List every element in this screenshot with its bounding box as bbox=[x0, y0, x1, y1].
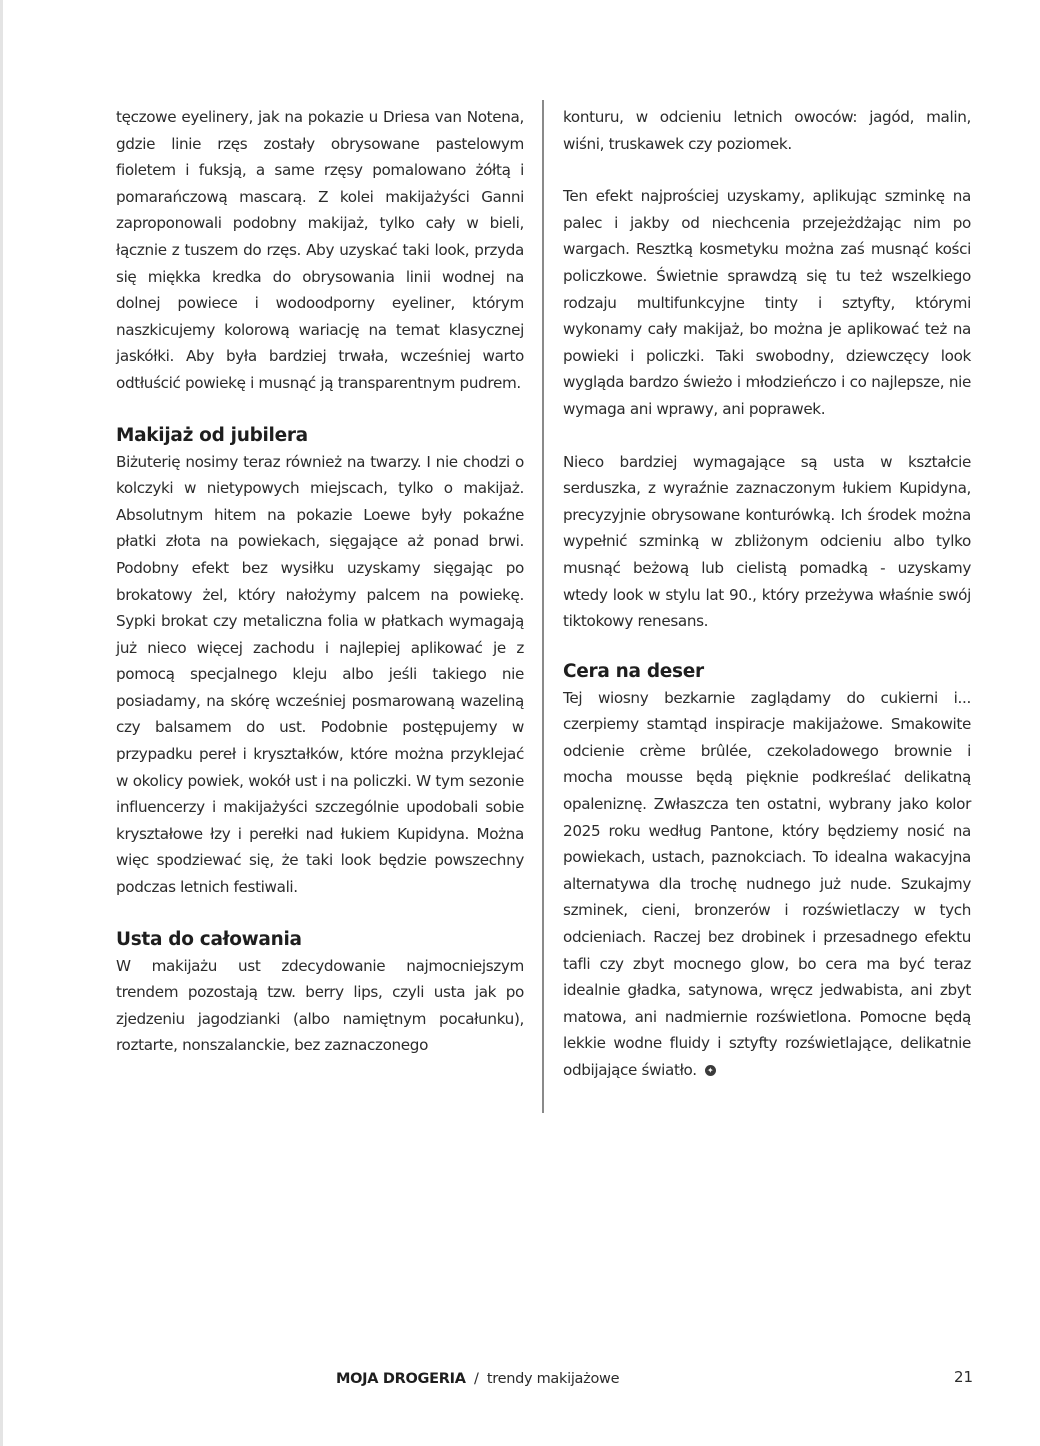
section-heading-cera: Cera na deser bbox=[563, 659, 971, 685]
intro-paragraph: tęczowe eyelinery, jak na pokazie u Drie… bbox=[116, 104, 524, 397]
section-cera-na-deser: Cera na deser Tej wiosny bezkarnie zaglą… bbox=[563, 659, 971, 1084]
section-makijaz-od-jubilera: Makijaż od jubilera Biżuterię nosimy ter… bbox=[116, 423, 524, 901]
section-heading-jubiler: Makijaż od jubilera bbox=[116, 423, 524, 449]
section-usta-do-calowania: Usta do całowania W makijażu ust zdecydo… bbox=[116, 927, 524, 1059]
section-heading-usta: Usta do całowania bbox=[116, 927, 524, 953]
article-right-column: konturu, w odcieniu letnich owoców: jagó… bbox=[563, 104, 971, 1084]
paragraph-heart-lips: Nieco bardziej wymagające są usta w kszt… bbox=[563, 449, 971, 635]
column-divider bbox=[542, 100, 544, 1113]
section-body-usta: W makijażu ust zdecydowanie najmocniejsz… bbox=[116, 953, 524, 1059]
section-body-jubiler: Biżuterię nosimy teraz również na twarzy… bbox=[116, 449, 524, 901]
paragraph-tint-lips: Ten efekt najprościej uzyskamy, aplikują… bbox=[563, 183, 971, 422]
page-edge-shadow bbox=[0, 0, 3, 1446]
end-of-article-icon: ✦ bbox=[705, 1065, 716, 1076]
continuation-paragraph: konturu, w odcieniu letnich owoców: jagó… bbox=[563, 104, 971, 157]
page-footer: MOJA DROGERIA / trendy makijażowe bbox=[336, 1371, 619, 1387]
article-left-column: tęczowe eyelinery, jak na pokazie u Drie… bbox=[116, 104, 524, 1059]
page-number: 21 bbox=[954, 1368, 973, 1386]
footer-section: trendy makijażowe bbox=[487, 1371, 619, 1387]
footer-brand: MOJA DROGERIA bbox=[336, 1371, 466, 1387]
footer-separator: / bbox=[474, 1371, 479, 1387]
section-body-cera: Tej wiosny bezkarnie zaglądamy do cukier… bbox=[563, 685, 971, 1084]
section-body-cera-text: Tej wiosny bezkarnie zaglądamy do cukier… bbox=[563, 689, 971, 1079]
